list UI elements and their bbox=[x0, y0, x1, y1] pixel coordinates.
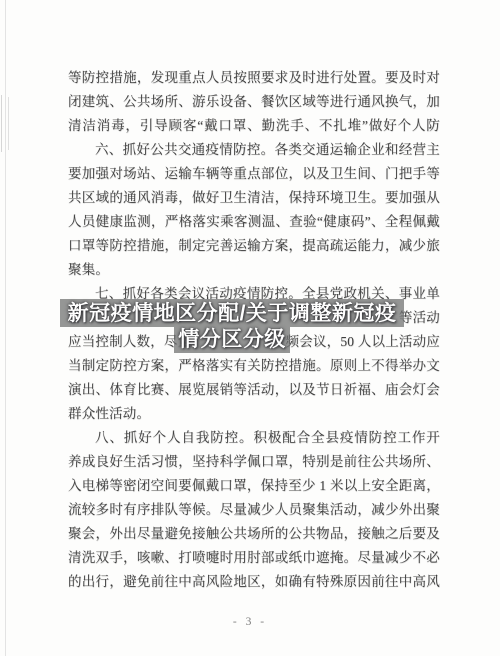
text-line: 入电梯等密闭空间要佩戴口罩，保持至少 1 米以上安全距离，客 bbox=[68, 474, 440, 498]
text-line: 的出行，避免前往中高风险地区，如确有特殊原因前往中高风险 bbox=[68, 570, 440, 594]
text-fragment-right: 等活动 bbox=[399, 306, 440, 330]
text-line: 流较多时有序排队等候。尽量减少人员聚集活动，减少外出聚餐、 bbox=[68, 498, 440, 522]
text-line: 群众性活动。 bbox=[68, 402, 440, 426]
text-line: 演出、体育比赛、展览展销等活动，以及节日祈福、庙会灯会等 bbox=[68, 378, 440, 402]
page-edge-mark bbox=[1, 95, 2, 152]
text-line: 共区域的通风消毒，做好卫生清洁，保持环境卫生。要加强从业 bbox=[68, 186, 440, 210]
text-line: 等防控措施，发现重点人员按照要求及时进行处置。要及时对密 bbox=[68, 66, 440, 90]
page-edge-mark bbox=[8, 97, 9, 150]
text-line: 六、抓好公共交通疫情防控。各类交通运输企业和经营主体 bbox=[68, 138, 440, 162]
text-line: 养成良好生活习惯，坚持科学佩口罩，特别是前往公共场所、进 bbox=[68, 450, 440, 474]
text-line: 清洗双手，咳嗽、打喷嚏时用肘部或纸巾遮掩。尽量减少不必要 bbox=[68, 546, 440, 570]
overlay-title-line2: 情分区分级 bbox=[174, 327, 290, 353]
text-line: 八、抓好个人自我防控。积极配合全县疫情防控工作开展， bbox=[68, 426, 440, 450]
text-line: 要加强对场站、运输车辆等重点部位，以及卫生间、门把手等公 bbox=[68, 162, 440, 186]
text-line: 闭建筑、公共场所、游乐设备、餐饮区域等进行通风换气，加强 bbox=[68, 90, 440, 114]
text-line: 清洁消毒，引导顾客“戴口罩、勤洗手、不扎堆”做好个人防护。 bbox=[68, 114, 440, 138]
text-line: 口罩等防控措施，制定完善运输方案，提高疏运能力，减少旅客 bbox=[68, 234, 440, 258]
page-number: - 3 - bbox=[0, 616, 500, 628]
scanned-document-page: 等防控措施，发现重点人员按照要求及时进行处置。要及时对密闭建筑、公共场所、游乐设… bbox=[0, 0, 500, 656]
text-line: 当制定防控方案，严格落实有关防控措施。原则上不得举办文艺 bbox=[68, 354, 440, 378]
title-overlay: 新冠疫情地区分配/关于调整新冠疫 情分区分级 bbox=[60, 299, 404, 353]
text-line: 聚集。 bbox=[68, 258, 440, 282]
page-edge-line bbox=[5, 0, 6, 656]
text-line: 聚会，外出尽量避免接触公共场所的公共物品，接触之后要及时 bbox=[68, 522, 440, 546]
text-line: 人员健康监测，严格落实乘客测温、查验“健康码”、全程佩戴 bbox=[68, 210, 440, 234]
overlay-title-line1: 新冠疫情地区分配/关于调整新冠疫 bbox=[60, 299, 404, 327]
